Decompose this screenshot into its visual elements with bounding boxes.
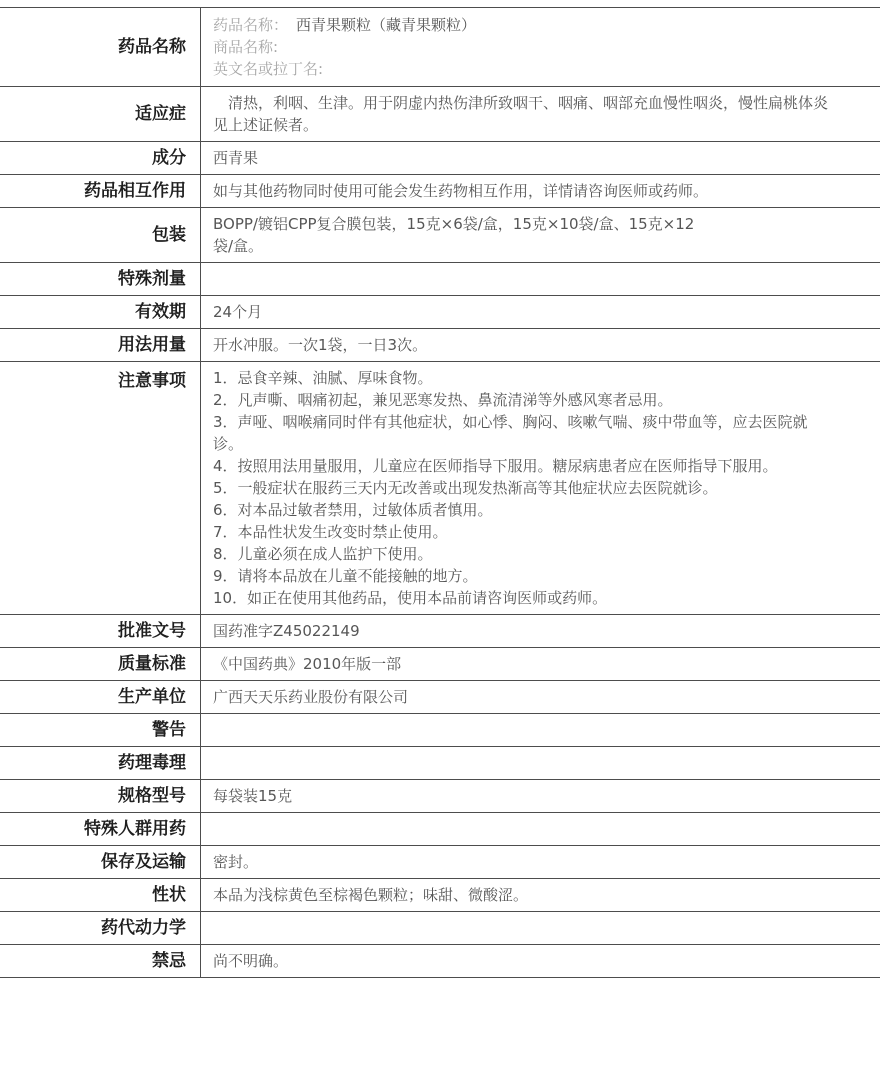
row-label: 药理毒理 (0, 747, 200, 779)
row-content: BOPP/镀铝CPP复合膜包装，15克×6袋/盒，15克×10袋/盒、15克×1… (200, 208, 880, 262)
table-row: 特殊剂量 (0, 263, 880, 296)
row-content: 开水冲服。一次1袋，一日3次。 (200, 329, 880, 361)
table-row: 生产单位 广西天天乐药业股份有限公司 (0, 681, 880, 714)
table-row: 成分 西青果 (0, 142, 880, 175)
row-content: 1．忌食辛辣、油腻、厚味食物。 2．凡声嘶、咽痛初起，兼见恶寒发热、鼻流清涕等外… (200, 362, 880, 614)
row-label: 禁忌 (0, 945, 200, 977)
table-row: 特殊人群用药 (0, 813, 880, 846)
drug-name-field-label: 药品名称： (213, 16, 288, 34)
row-label: 药品相互作用 (0, 175, 200, 207)
row-label: 包装 (0, 208, 200, 262)
table-row: 性状 本品为浅棕黄色至棕褐色颗粒；味甜、微酸涩。 (0, 879, 880, 912)
table-row: 有效期 24个月 (0, 296, 880, 329)
row-label: 警告 (0, 714, 200, 746)
table-row: 药理毒理 (0, 747, 880, 780)
row-label: 质量标准 (0, 648, 200, 680)
table-row: 禁忌 尚不明确。 (0, 945, 880, 978)
row-label: 适应症 (0, 87, 200, 141)
row-label: 批准文号 (0, 615, 200, 647)
english-name-field-label: 英文名或拉丁名: (213, 58, 864, 80)
row-content (200, 747, 880, 779)
row-content: 24个月 (200, 296, 880, 328)
row-label: 用法用量 (0, 329, 200, 361)
row-content (200, 714, 880, 746)
table-row: 用法用量 开水冲服。一次1袋，一日3次。 (0, 329, 880, 362)
row-label: 药代动力学 (0, 912, 200, 944)
row-content: 西青果 (200, 142, 880, 174)
row-label: 保存及运输 (0, 846, 200, 878)
row-content: 每袋装15克 (200, 780, 880, 812)
row-content: 广西天天乐药业股份有限公司 (200, 681, 880, 713)
table-row: 注意事项 1．忌食辛辣、油腻、厚味食物。 2．凡声嘶、咽痛初起，兼见恶寒发热、鼻… (0, 362, 880, 615)
table-row: 质量标准 《中国药典》2010年版一部 (0, 648, 880, 681)
row-content (200, 912, 880, 944)
row-label: 规格型号 (0, 780, 200, 812)
row-label: 有效期 (0, 296, 200, 328)
drug-info-table: 药品名称 药品名称：西青果颗粒（藏青果颗粒） 商品名称: 英文名或拉丁名: 适应… (0, 7, 880, 978)
row-content: 尚不明确。 (200, 945, 880, 977)
trade-name-field-label: 商品名称: (213, 36, 864, 58)
row-content: 《中国药典》2010年版一部 (200, 648, 880, 680)
table-row: 警告 (0, 714, 880, 747)
row-content: 药品名称：西青果颗粒（藏青果颗粒） 商品名称: 英文名或拉丁名: (200, 8, 880, 86)
row-content (200, 263, 880, 295)
drug-name-value: 西青果颗粒（藏青果颗粒） (296, 16, 476, 34)
row-content: 密封。 (200, 846, 880, 878)
table-row: 批准文号 国药准字Z45022149 (0, 615, 880, 648)
row-label: 特殊人群用药 (0, 813, 200, 845)
table-row: 包装 BOPP/镀铝CPP复合膜包装，15克×6袋/盒，15克×10袋/盒、15… (0, 208, 880, 263)
table-row: 适应症 清热，利咽、生津。用于阴虚内热伤津所致咽干、咽痛、咽部充血慢性咽炎，慢性… (0, 87, 880, 142)
table-row: 规格型号 每袋装15克 (0, 780, 880, 813)
row-content: 本品为浅棕黄色至棕褐色颗粒；味甜、微酸涩。 (200, 879, 880, 911)
row-label: 注意事项 (0, 362, 200, 614)
row-content: 如与其他药物同时使用可能会发生药物相互作用，详情请咨询医师或药师。 (200, 175, 880, 207)
row-content (200, 813, 880, 845)
row-label: 性状 (0, 879, 200, 911)
row-label: 特殊剂量 (0, 263, 200, 295)
row-label: 生产单位 (0, 681, 200, 713)
table-row: 药品名称 药品名称：西青果颗粒（藏青果颗粒） 商品名称: 英文名或拉丁名: (0, 8, 880, 87)
drug-name-line: 药品名称：西青果颗粒（藏青果颗粒） (213, 14, 864, 36)
table-row: 药品相互作用 如与其他药物同时使用可能会发生药物相互作用，详情请咨询医师或药师。 (0, 175, 880, 208)
table-row: 药代动力学 (0, 912, 880, 945)
row-content: 国药准字Z45022149 (200, 615, 880, 647)
row-content: 清热，利咽、生津。用于阴虚内热伤津所致咽干、咽痛、咽部充血慢性咽炎，慢性扁桃体炎… (200, 87, 880, 141)
table-row: 保存及运输 密封。 (0, 846, 880, 879)
row-label: 成分 (0, 142, 200, 174)
row-label: 药品名称 (0, 8, 200, 86)
